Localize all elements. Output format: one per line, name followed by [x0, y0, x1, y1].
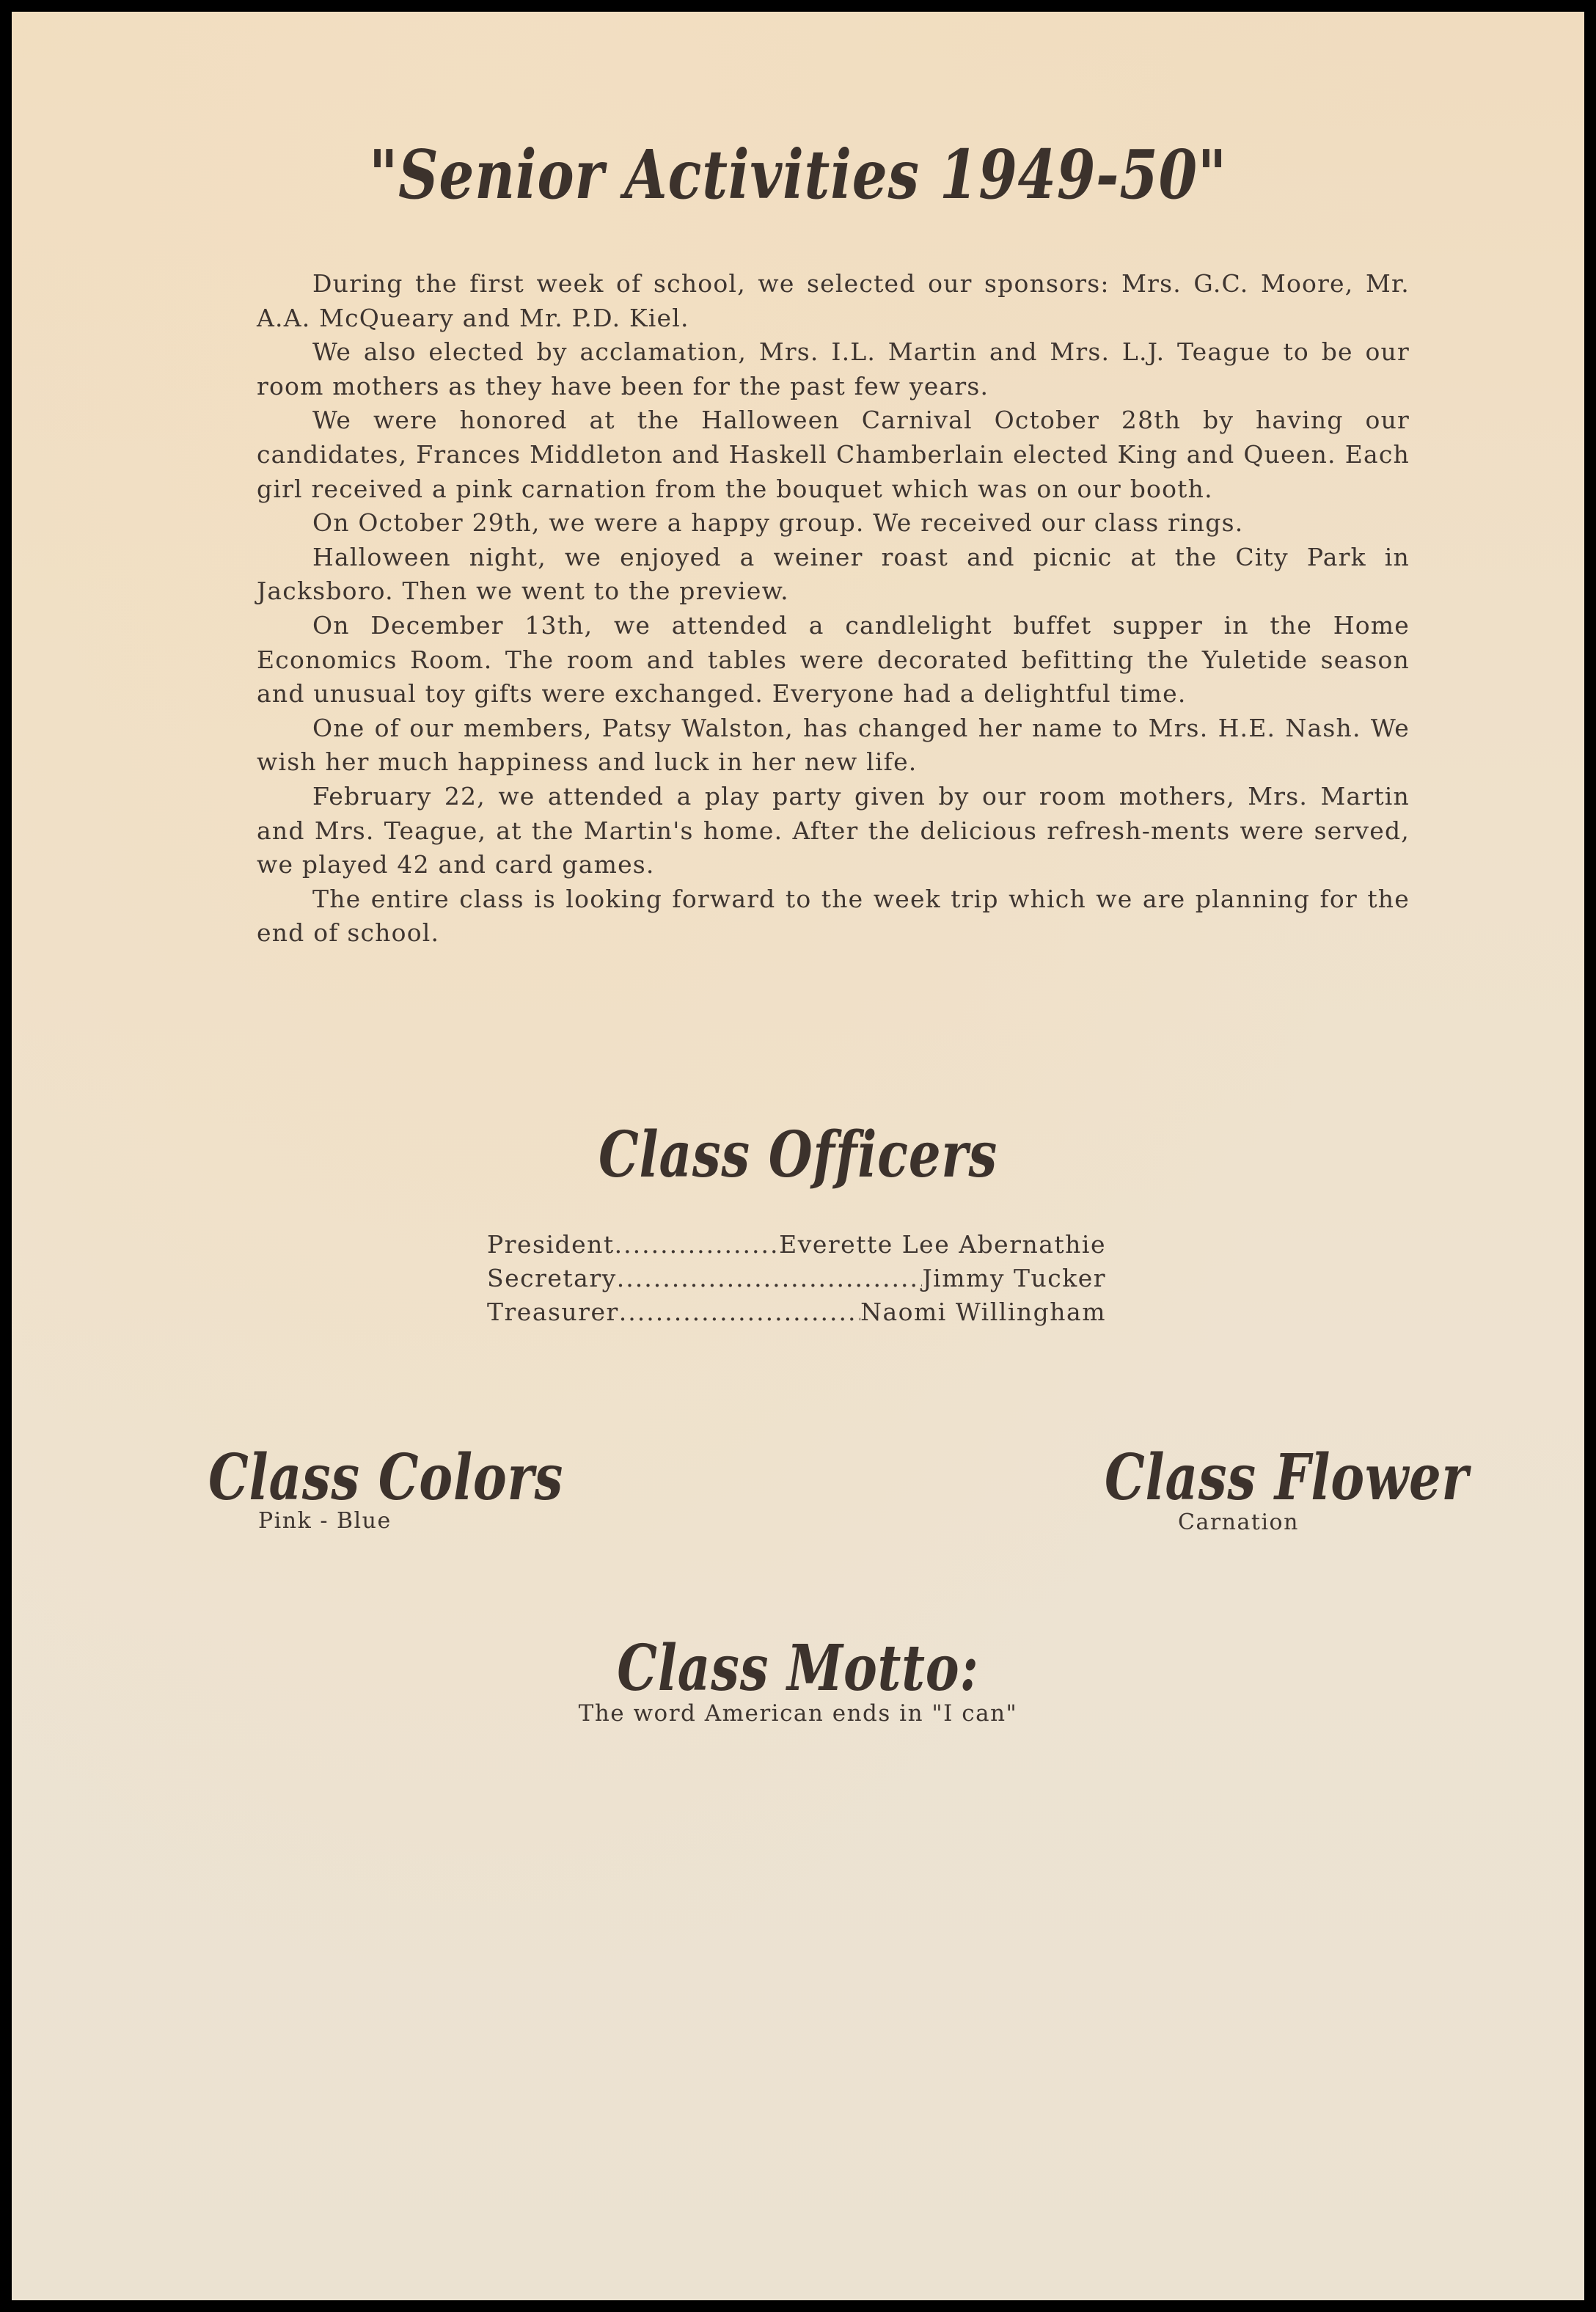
officer-name: Jimmy Tucker — [922, 1262, 1106, 1295]
officer-role: Treasurer — [487, 1295, 619, 1329]
yearbook-page: "Senior Activities 1949-50" During the f… — [12, 12, 1584, 2300]
class-flower-value: Carnation — [1178, 1510, 1299, 1535]
leader-dots: ........................................… — [619, 1295, 860, 1329]
officers-list: President ..............................… — [487, 1228, 1106, 1329]
officer-row: Treasurer ..............................… — [487, 1295, 1106, 1329]
paragraph: Halloween night, we enjoyed a weiner roa… — [257, 541, 1410, 609]
officer-name: Naomi Willingham — [860, 1295, 1106, 1329]
paragraph: On October 29th, we were a happy group. … — [257, 506, 1410, 541]
leader-dots: ........................................… — [615, 1228, 779, 1262]
paragraph: One of our members, Patsy Walston, has c… — [257, 711, 1410, 780]
class-motto-heading: Class Motto: — [169, 1631, 1427, 1705]
officer-row: President ..............................… — [487, 1228, 1106, 1262]
class-officers-heading: Class Officers — [169, 1118, 1427, 1192]
paragraph: February 22, we attended a play party gi… — [257, 780, 1410, 882]
officer-role: President — [487, 1228, 615, 1262]
class-colors-heading: Class Colors — [208, 1441, 563, 1515]
paragraph: We also elected by acclamation, Mrs. I.L… — [257, 335, 1410, 403]
officer-role: Secretary — [487, 1262, 617, 1295]
class-motto-value: The word American ends in "I can" — [12, 1700, 1584, 1727]
paragraph: The entire class is looking forward to t… — [257, 882, 1410, 951]
paragraph: On December 13th, we attended a candleli… — [257, 609, 1410, 711]
paragraph: During the first week of school, we sele… — [257, 267, 1410, 335]
class-flower-heading: Class Flower — [1105, 1441, 1469, 1515]
leader-dots: ........................................… — [617, 1262, 923, 1295]
class-colors-value: Pink - Blue — [258, 1508, 392, 1534]
paragraph: We were honored at the Halloween Carniva… — [257, 403, 1410, 506]
officer-name: Everette Lee Abernathie — [779, 1228, 1106, 1262]
activities-text: During the first week of school, we sele… — [257, 267, 1410, 951]
officer-row: Secretary ..............................… — [487, 1262, 1106, 1295]
page-title: "Senior Activities 1949-50" — [153, 135, 1443, 214]
